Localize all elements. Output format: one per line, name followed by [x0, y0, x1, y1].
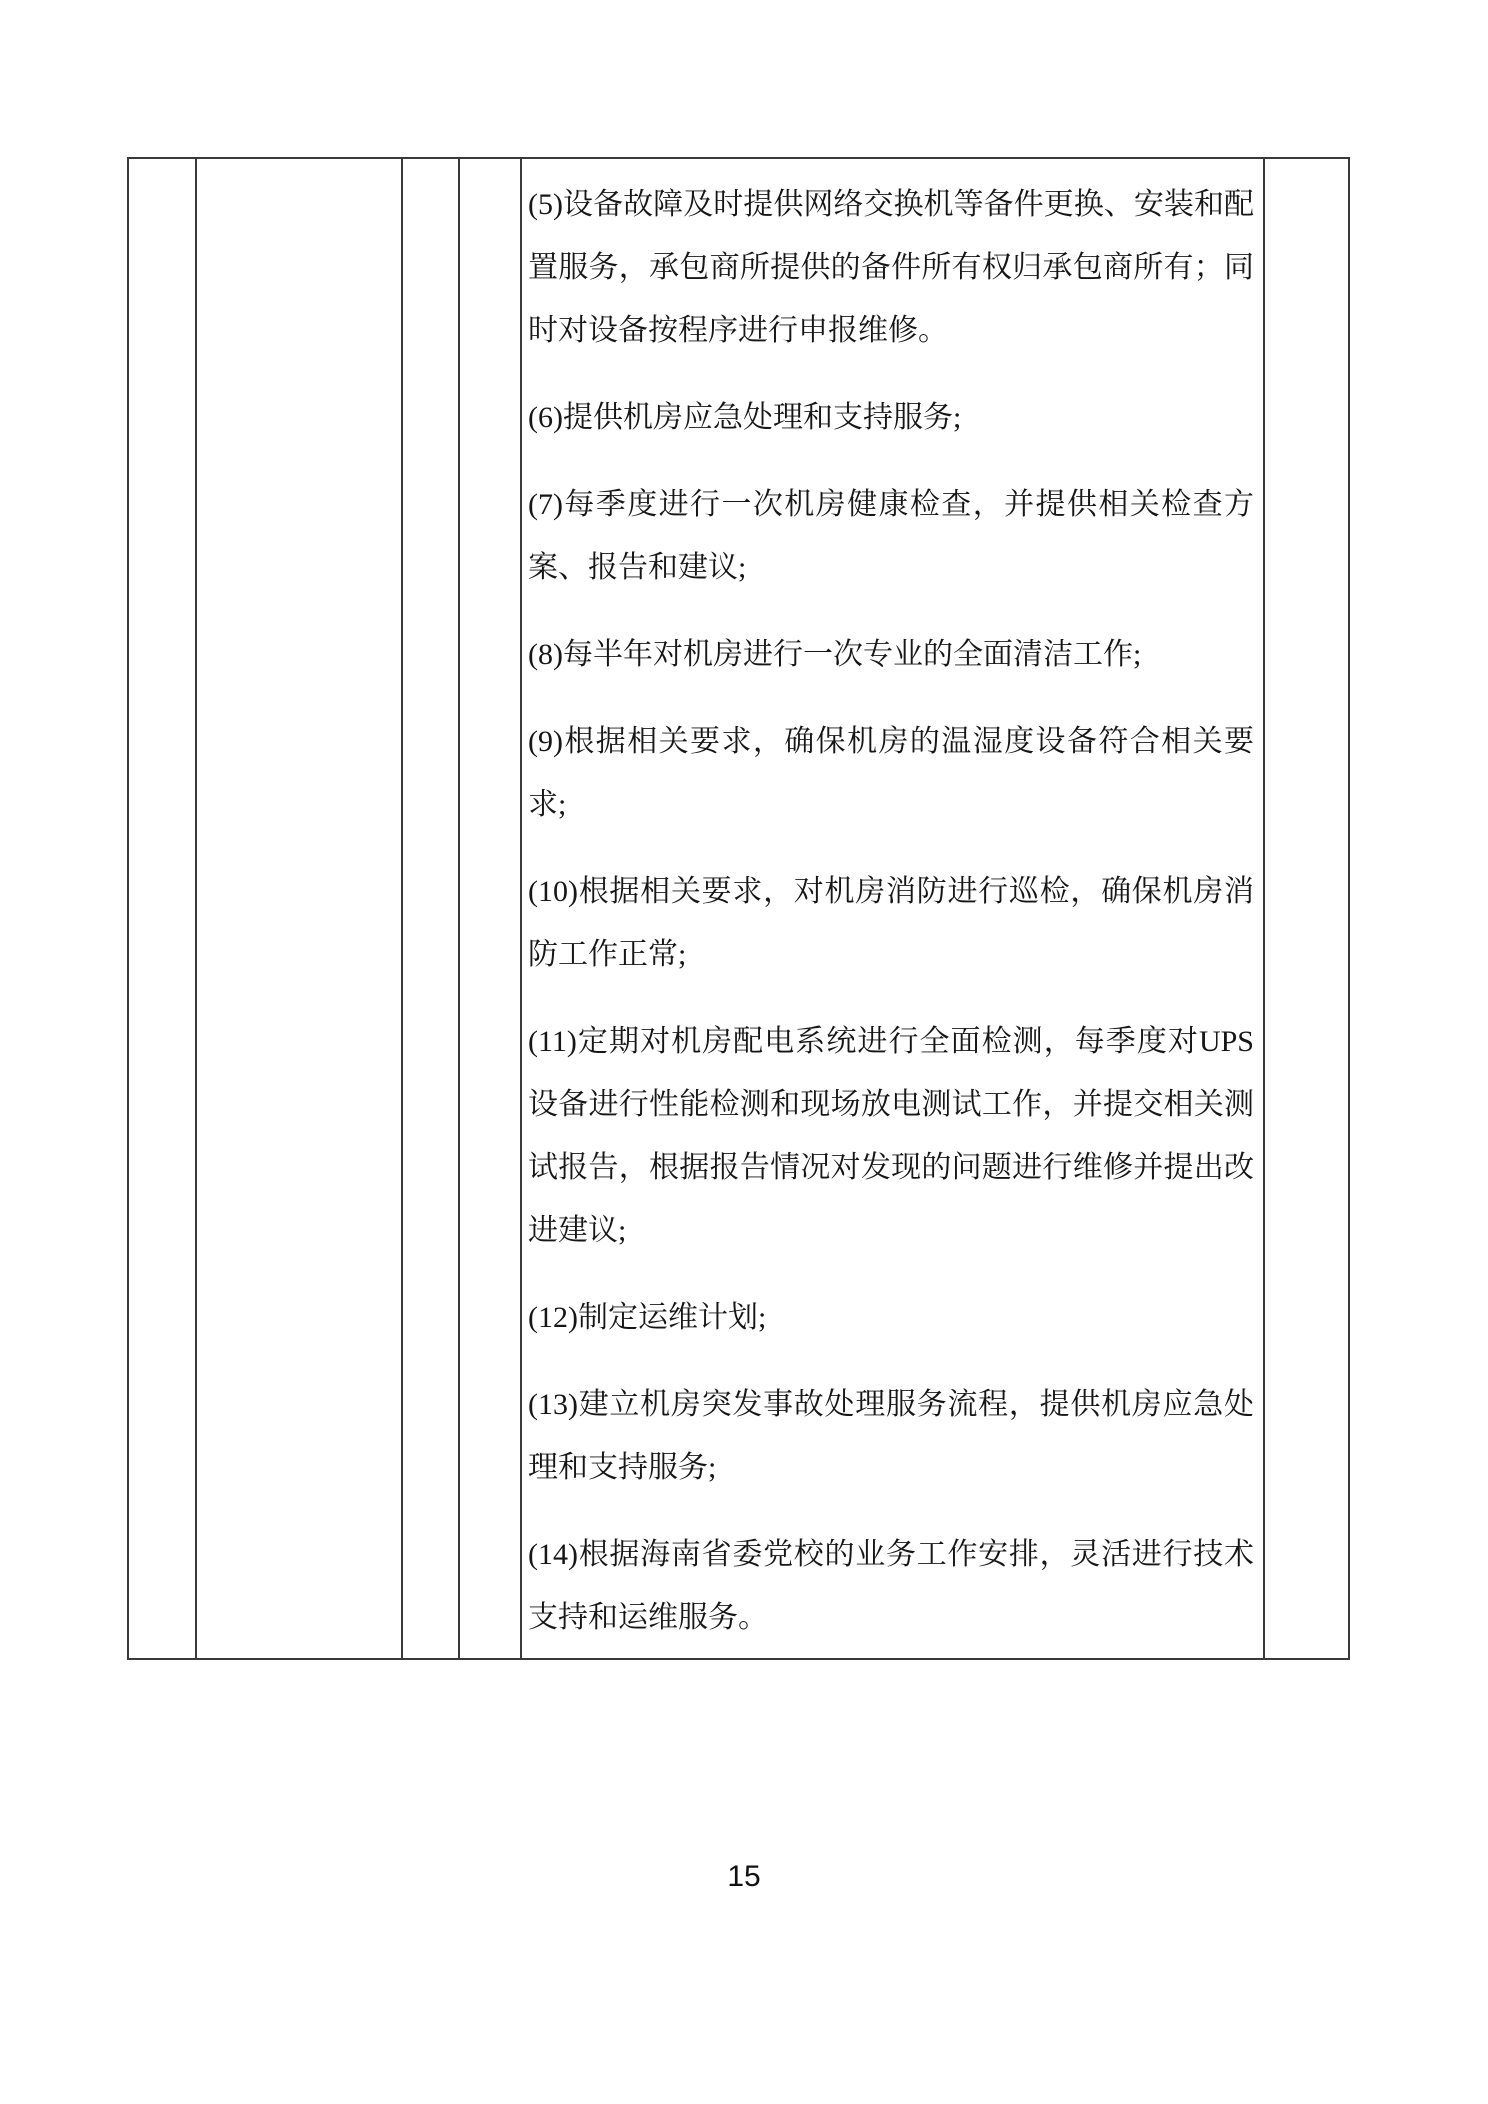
service-item-paragraph: (8)每半年对机房进行一次专业的全面清洁工作; — [528, 623, 1254, 686]
text-line: (8)每半年对机房进行一次专业的全面清洁工作; — [528, 623, 1254, 686]
text-line: (6)提供机房应急处理和支持服务; — [528, 386, 1254, 449]
table-cell-service-content: (5)设备故障及时提供网络交换机等备件更换、安装和配置服务，承包商所提供的备件所… — [522, 159, 1265, 1658]
text-line: 求; — [528, 773, 1254, 836]
text-line: (12)制定运维计划; — [528, 1286, 1254, 1349]
service-item-paragraph: (14)根据海南省委党校的业务工作安排，灵活进行技术支持和运维服务。 — [528, 1523, 1254, 1649]
service-item-paragraph: (12)制定运维计划; — [528, 1286, 1254, 1349]
table-cell-empty-4 — [460, 159, 522, 1658]
table-cell-empty-3 — [403, 159, 460, 1658]
text-line: 防工作正常; — [528, 923, 1254, 986]
service-requirements-table: (5)设备故障及时提供网络交换机等备件更换、安装和配置服务，承包商所提供的备件所… — [127, 157, 1350, 1660]
service-item-paragraph: (7)每季度进行一次机房健康检查，并提供相关检查方案、报告和建议; — [528, 473, 1254, 599]
text-line: 支持和运维服务。 — [528, 1586, 1254, 1649]
text-line: 时对设备按程序进行申报维修。 — [528, 299, 1254, 362]
text-line: 进建议; — [528, 1199, 1254, 1262]
document-page: (5)设备故障及时提供网络交换机等备件更换、安装和配置服务，承包商所提供的备件所… — [0, 0, 1488, 2104]
text-line: (13)建立机房突发事故处理服务流程，提供机房应急处 — [528, 1373, 1254, 1436]
service-item-paragraph: (9)根据相关要求，确保机房的温湿度设备符合相关要求; — [528, 710, 1254, 836]
table-cell-empty-1 — [129, 159, 197, 1658]
text-line: 案、报告和建议; — [528, 536, 1254, 599]
table-cell-empty-5 — [1265, 159, 1348, 1658]
text-line: (5)设备故障及时提供网络交换机等备件更换、安装和配 — [528, 173, 1254, 236]
text-line: (7)每季度进行一次机房健康检查，并提供相关检查方 — [528, 473, 1254, 536]
text-line: 理和支持服务; — [528, 1436, 1254, 1499]
service-item-paragraph: (10)根据相关要求，对机房消防进行巡检，确保机房消防工作正常; — [528, 860, 1254, 986]
service-item-paragraph: (11)定期对机房配电系统进行全面检测，每季度对UPS设备进行性能检测和现场放电… — [528, 1010, 1254, 1262]
text-line: (9)根据相关要求，确保机房的温湿度设备符合相关要 — [528, 710, 1254, 773]
service-item-paragraph: (13)建立机房突发事故处理服务流程，提供机房应急处理和支持服务; — [528, 1373, 1254, 1499]
text-line: 试报告，根据报告情况对发现的问题进行维修并提出改 — [528, 1136, 1254, 1199]
table-cell-empty-2 — [197, 159, 403, 1658]
text-line: (11)定期对机房配电系统进行全面检测，每季度对UPS — [528, 1010, 1254, 1073]
service-item-paragraph: (6)提供机房应急处理和支持服务; — [528, 386, 1254, 449]
text-line: 设备进行性能检测和现场放电测试工作，并提交相关测 — [528, 1073, 1254, 1136]
service-item-paragraph: (5)设备故障及时提供网络交换机等备件更换、安装和配置服务，承包商所提供的备件所… — [528, 173, 1254, 362]
page-number: 15 — [0, 1859, 1488, 1895]
text-line: 置服务，承包商所提供的备件所有权归承包商所有；同 — [528, 236, 1254, 299]
text-line: (10)根据相关要求，对机房消防进行巡检，确保机房消 — [528, 860, 1254, 923]
text-line: (14)根据海南省委党校的业务工作安排，灵活进行技术 — [528, 1523, 1254, 1586]
